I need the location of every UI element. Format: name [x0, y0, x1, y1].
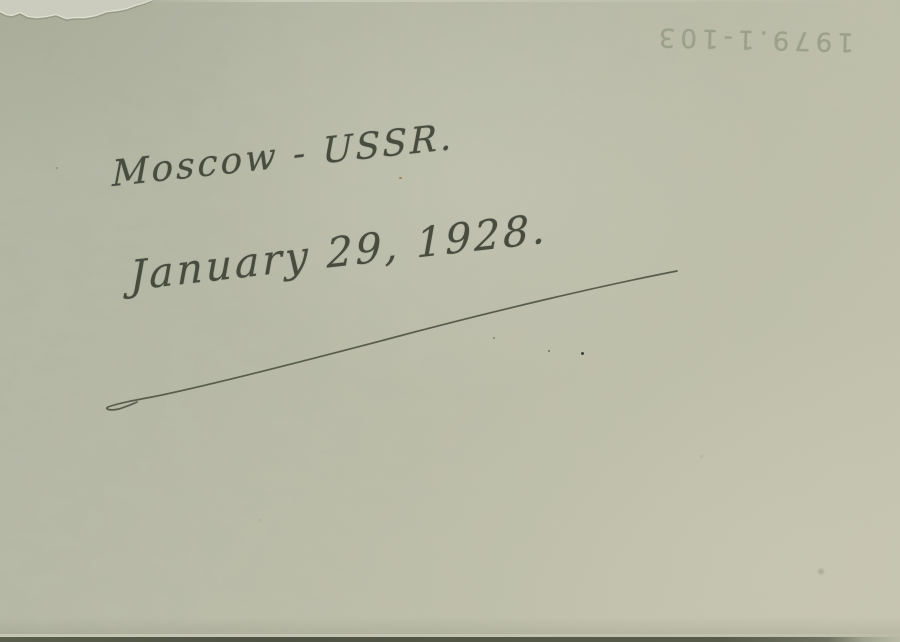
paper-speck: [581, 352, 584, 355]
paper-speck: [700, 455, 703, 458]
card-bottom-bevel: [0, 634, 900, 637]
paper-speck: [258, 519, 262, 522]
paper-speck: [56, 167, 58, 169]
card-top-edge-highlight: [140, 0, 880, 2]
paper-speck: [399, 177, 402, 179]
card-bottom-edge: [0, 637, 900, 642]
postcard-back-scan: Moscow - USSR. January 29, 1928. 1979.1-…: [0, 0, 900, 642]
card-bottom-shadow: [0, 617, 900, 637]
handwritten-line-location: Moscow - USSR.: [112, 117, 454, 195]
paper-speck: [548, 350, 550, 352]
handwritten-line-date: January 29, 1928.: [130, 204, 548, 300]
torn-corner: [0, 0, 200, 40]
accession-number: 1979.1-103: [642, 11, 867, 57]
paper-speck: [493, 337, 495, 339]
underline-flourish: [0, 0, 900, 642]
paper-speck: [818, 569, 824, 574]
paper-texture: [0, 0, 900, 642]
